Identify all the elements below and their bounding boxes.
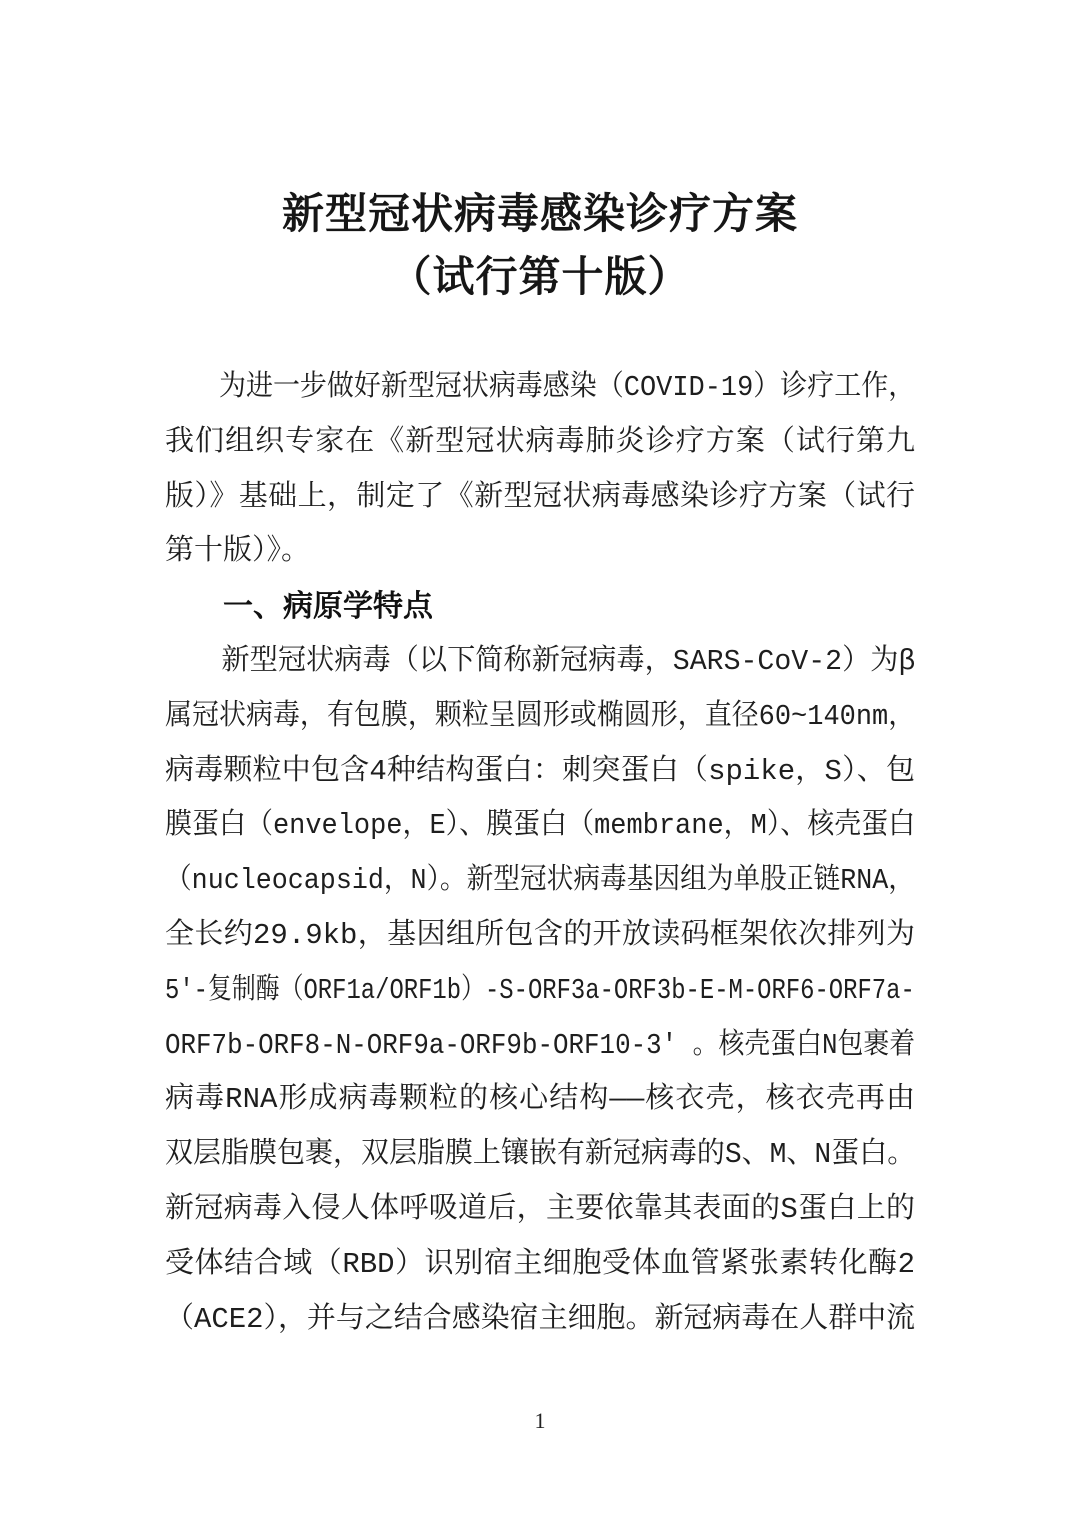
section1-paragraph-line: 全长约29.9kb，基因组所包含的开放读码框架依次排列为 [165,909,915,964]
section1-paragraph-line: （ACE2），并与之结合感染宿主细胞。新冠病毒在人群中流 [165,1293,914,1348]
document-page: 新型冠状病毒感染诊疗方案 （试行第十版） 为进一步做好新型冠状病毒感染（COVI… [0,0,1080,1527]
intro-paragraph-line: 为进一步做好新型冠状病毒感染（COVID-19）诊疗工作， [165,361,863,416]
title-line-2: （试行第十版） [0,247,1080,310]
section1-paragraph-line: 双层脂膜包裹，双层脂膜上镶嵌有新冠病毒的S、M、N蛋白。 [165,1128,889,1183]
intro-paragraph-line: 我们组织专家在《新型冠状病毒肺炎诊疗方案（试行第九 [165,416,915,471]
section1-paragraph-line: 新型冠状病毒（以下简称新冠病毒，SARS-CoV-2）为β [165,635,895,690]
section1-paragraph-line: 属冠状病毒，有包膜，颗粒呈圆形或椭圆形，直径60~140nm， [165,690,863,745]
document-body: 为进一步做好新型冠状病毒感染（COVID-19）诊疗工作， 我们组织专家在《新型… [165,361,915,1347]
section1-paragraph-line: 新冠病毒入侵人体呼吸道后，主要依靠其表面的S蛋白上的 [165,1183,915,1238]
section-heading: 一、病原学特点 [165,580,915,635]
intro-paragraph-line: 第十版）》。 [165,525,915,580]
page-number: 1 [0,1408,1080,1434]
intro-paragraph-line: 版）》基础上，制定了《新型冠状病毒感染诊疗方案（试行 [165,471,915,526]
section1-paragraph-line: 5′-复制酶（ORF1a/ORF1b）-S-ORF3a-ORF3b-E-M-OR… [165,964,782,1019]
section1-paragraph-line: ORF7b-ORF8-N-ORF9a-ORF9b-ORF10-3′ 。核壳蛋白N… [165,1019,834,1074]
section1-paragraph-line: 病毒RNA形成病毒颗粒的核心结构——核衣壳，核衣壳再由 [165,1073,915,1128]
section1-paragraph-line: 膜蛋白（envelope，E）、膜蛋白（membrane，M）、核壳蛋白 [165,799,863,854]
section1-paragraph-line: 病毒颗粒中包含4种结构蛋白：刺突蛋白（spike，S）、包 [165,745,915,800]
title-line-1: 新型冠状病毒感染诊疗方案 [0,184,1080,247]
section1-paragraph-line: （nucleocapsid，N）。新型冠状病毒基因组为单股正链RNA， [165,854,855,909]
section1-paragraph-line: 受体结合域（RBD）识别宿主细胞受体血管紧张素转化酶2 [165,1238,915,1293]
document-title: 新型冠状病毒感染诊疗方案 （试行第十版） [0,184,1080,310]
